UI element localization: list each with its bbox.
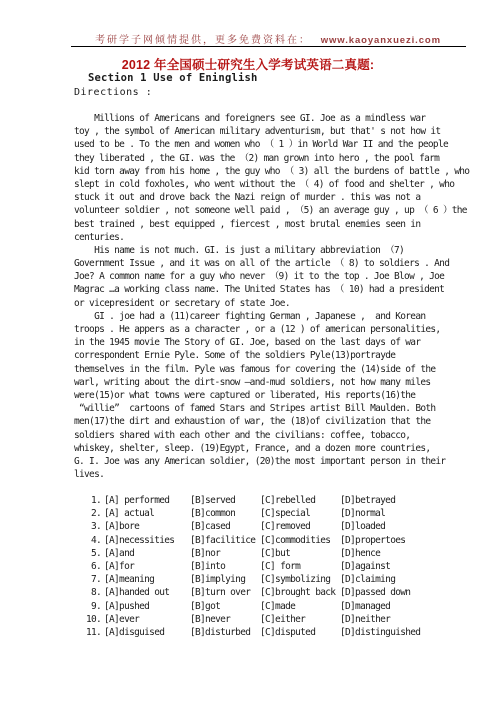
passage-line: troops . He appers as a character , or a…	[74, 323, 486, 336]
option-number: 3.	[80, 520, 104, 533]
option-row: 11.[A]disguised[B]disturbed[C]disputed[D…	[80, 626, 480, 639]
option-row: 6.[A]for[B]into[C] form[D]against	[80, 560, 480, 573]
header-note-text: 考研学子网倾情提供，更多免费资料在：	[95, 35, 311, 46]
passage-paragraph: His name is not much. GI. is just a mili…	[74, 244, 486, 310]
passage-line: stuck it out and drove back the Nazi rei…	[74, 191, 486, 204]
option-cell: [B]disturbed	[190, 626, 260, 639]
option-row: 9.[A]pushed[B]got[C]made[D]managed	[80, 600, 480, 613]
option-cell: [A]for	[104, 560, 190, 573]
option-row: 3.[A]bore[B]cased[C]removed[D]loaded	[80, 520, 480, 533]
option-number: 7.	[80, 573, 104, 586]
option-cell: [C]disputed	[260, 626, 340, 639]
option-cell: [C]either	[260, 613, 340, 626]
option-cell: [B]into	[190, 560, 260, 573]
passage-line: Millions of Americans and foreigners see…	[74, 112, 486, 125]
passage-line: centuries.	[74, 231, 486, 244]
option-cell: [A]and	[104, 547, 190, 560]
option-cell: [D]neither	[340, 613, 480, 626]
option-cell: [C]special	[260, 507, 340, 520]
passage-line: Magrac …a working class name. The United…	[74, 283, 486, 296]
option-row: 10.[A]ever[B]never[C]either[D]neither	[80, 613, 480, 626]
option-cell: [C]made	[260, 600, 340, 613]
option-cell: [D]propertoes	[340, 534, 480, 547]
passage-line: best trained , best equipped , fiercest …	[74, 218, 486, 231]
option-row: 1.[A] performed[B]served[C]rebelled[D]be…	[80, 494, 480, 507]
option-cell: [C]rebelled	[260, 494, 340, 507]
passage-line: “willie” cartoons of famed Stars and Str…	[74, 402, 486, 415]
option-cell: [B]nor	[190, 547, 260, 560]
option-cell: [A]meaning	[104, 573, 190, 586]
option-cell: [A] actual	[104, 507, 190, 520]
passage-line: in the 1945 movie The Story of GI. Joe, …	[74, 336, 486, 349]
option-cell: [B]implying	[190, 573, 260, 586]
header-provider-note: 考研学子网倾情提供，更多免费资料在： www.kaoyanxuezi.com	[70, 28, 466, 47]
option-cell: [A]handed out	[104, 586, 190, 599]
option-cell: [D]loaded	[340, 520, 480, 533]
passage-line: volunteer soldier , not someone well pai…	[74, 204, 486, 217]
option-cell: [D]claiming	[340, 573, 480, 586]
option-cell: [A]bore	[104, 520, 190, 533]
option-cell: [A] performed	[104, 494, 190, 507]
option-cell: [C] form	[260, 560, 340, 573]
option-row: 5.[A]and[B]nor[C]but[D]hence	[80, 547, 480, 560]
passage-line: Joe? A common name for a guy who never （…	[74, 270, 486, 283]
directions-label: Directions :	[74, 87, 152, 98]
option-cell: [D]passed down	[340, 586, 480, 599]
passage-line: they liberated , the GI. was the （2) man…	[74, 152, 486, 165]
option-cell: [A]necessities	[104, 534, 190, 547]
passage-paragraph: Millions of Americans and foreigners see…	[74, 112, 486, 244]
passage-line: slept in cold foxholes, who went without…	[74, 178, 486, 191]
options-list: 1.[A] performed[B]served[C]rebelled[D]be…	[80, 494, 480, 639]
option-cell: [C]brought back	[260, 586, 340, 599]
option-cell: [A]ever	[104, 613, 190, 626]
passage-line: themselves in the film. Pyle was famous …	[74, 363, 486, 376]
option-cell: [B]cased	[190, 520, 260, 533]
passage-paragraph: GI . joe had a (11)career fighting Germa…	[74, 310, 486, 481]
section-heading: Section 1 Use of Eninglish	[88, 72, 258, 84]
option-cell: [C]symbolizing	[260, 573, 340, 586]
header-divider-line	[71, 46, 466, 47]
exam-title: 2012 年全国硕士研究生入学考试英语二真题:	[0, 55, 496, 73]
passage-line: lives.	[74, 468, 486, 481]
passage-line: used to be . To the men and women who （ …	[74, 138, 486, 151]
passage-line: soldiers shared with each other and the …	[74, 429, 486, 442]
passage-line: whiskey, shelter, sleep. (19)Egypt, Fran…	[74, 442, 486, 455]
option-number: 5.	[80, 547, 104, 560]
passage-line: correspondent Ernie Pyle. Some of the so…	[74, 349, 486, 362]
passage-line: GI . joe had a (11)career fighting Germa…	[74, 310, 486, 323]
option-cell: [C]commodities	[260, 534, 340, 547]
option-cell: [D]betrayed	[340, 494, 480, 507]
option-row: 4.[A]necessities[B]facilitice[C]commodit…	[80, 534, 480, 547]
option-number: 2.	[80, 507, 104, 520]
option-number: 8.	[80, 586, 104, 599]
option-cell: [D]managed	[340, 600, 480, 613]
option-cell: [A]pushed	[104, 600, 190, 613]
option-row: 2.[A] actual[B]common[C]special[D]normal	[80, 507, 480, 520]
passage-line: warl, writing about the dirt-snow –and-m…	[74, 376, 486, 389]
passage-line: or vicepresident or secretary of state J…	[74, 297, 486, 310]
passage-line: toy , the symbol of American military ad…	[74, 125, 486, 138]
document-page: 考研学子网倾情提供，更多免费资料在： www.kaoyanxuezi.com 2…	[0, 0, 496, 702]
option-cell: [D]against	[340, 560, 480, 573]
option-cell: [D]distinguished	[340, 626, 480, 639]
option-number: 9.	[80, 600, 104, 613]
option-cell: [D]normal	[340, 507, 480, 520]
option-cell: [A]disguised	[104, 626, 190, 639]
passage-line: His name is not much. GI. is just a mili…	[74, 244, 486, 257]
option-cell: [B]served	[190, 494, 260, 507]
option-cell: [B]common	[190, 507, 260, 520]
option-number: 10.	[80, 613, 104, 626]
passage-line: kid torn away from his home , the guy wh…	[74, 165, 486, 178]
passage-line: men(17)the dirt and exhaustion of war, t…	[74, 415, 486, 428]
header-site-url: www.kaoyanxuezi.com	[321, 35, 441, 46]
option-row: 7.[A]meaning[B]implying[C]symbolizing[D]…	[80, 573, 480, 586]
option-number: 6.	[80, 560, 104, 573]
option-cell: [C]but	[260, 547, 340, 560]
option-row: 8.[A]handed out[B]turn over[C]brought ba…	[80, 586, 480, 599]
option-number: 4.	[80, 534, 104, 547]
option-cell: [B]turn over	[190, 586, 260, 599]
passage-line: G. I. Joe was any American soldier, (20)…	[74, 455, 486, 468]
option-cell: [B]never	[190, 613, 260, 626]
option-cell: [C]removed	[260, 520, 340, 533]
option-number: 11.	[80, 626, 104, 639]
option-number: 1.	[80, 494, 104, 507]
option-cell: [D]hence	[340, 547, 480, 560]
passage-line: were(15)or what towns were captured or l…	[74, 389, 486, 402]
option-cell: [B]got	[190, 600, 260, 613]
option-cell: [B]facilitice	[190, 534, 260, 547]
cloze-passage: Millions of Americans and foreigners see…	[74, 112, 486, 481]
passage-line: Government Issue , and it was on all of …	[74, 257, 486, 270]
